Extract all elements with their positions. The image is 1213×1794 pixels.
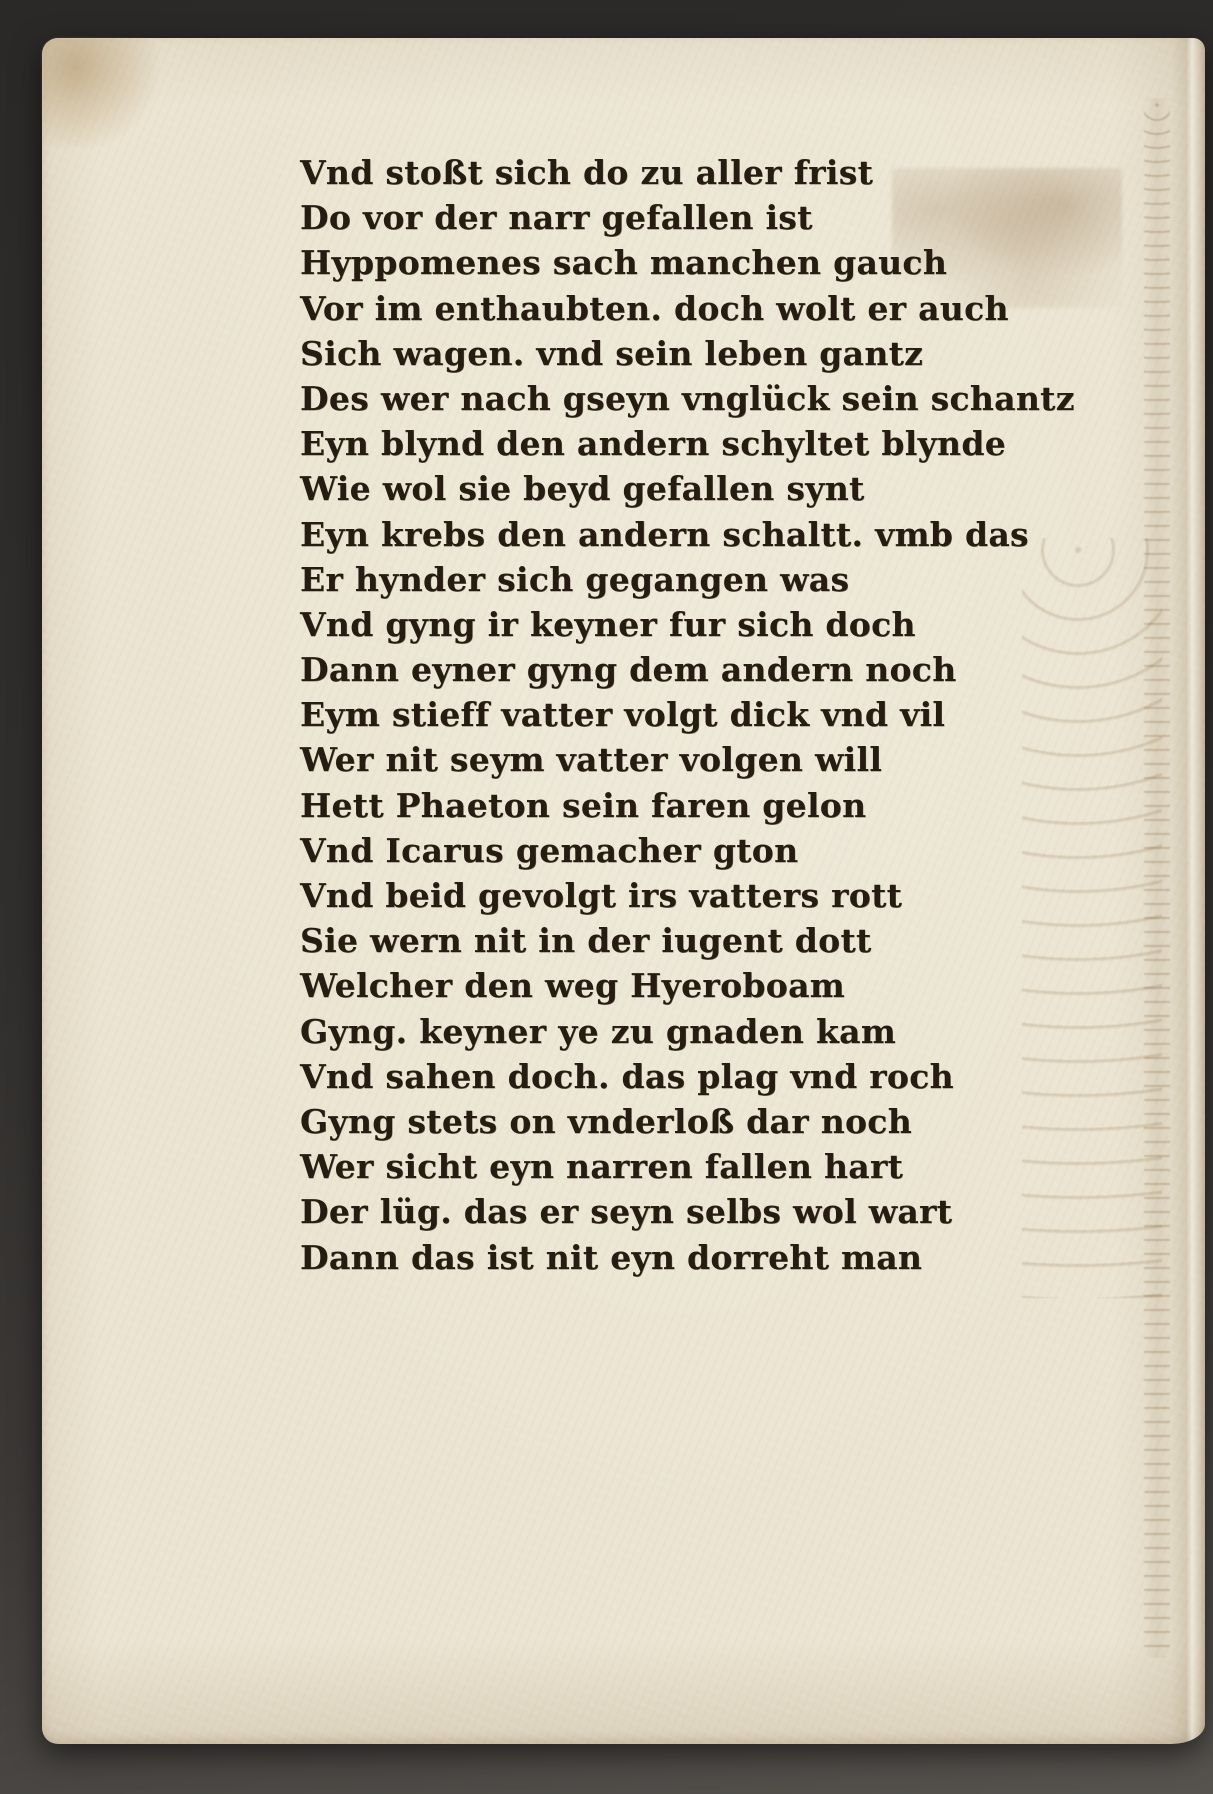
poem-line: Eym stieff vatter volgt dick vnd vil (300, 692, 1080, 737)
poem-line: Wie wol sie beyd gefallen synt (300, 466, 1080, 511)
poem-line: Er hynder sich gegangen was (300, 557, 1080, 602)
fore-edge-shadow (1171, 38, 1205, 1744)
poem-line: Hyppomenes sach manchen gauch (300, 240, 1080, 285)
poem-line: Hett Phaeton sein faren gelon (300, 783, 1080, 828)
poem-line: Eyn blynd den andern schyltet blynde (300, 421, 1080, 466)
poem-line: Gyng stets on vnderloß dar noch (300, 1099, 1080, 1144)
poem-line: Vnd stoßt sich do zu aller frist (300, 150, 1080, 195)
poem-line: Dann das ist nit eyn dorreht man (300, 1235, 1080, 1280)
corner-stain (42, 38, 162, 148)
poem-line: Des wer nach gseyn vnglück sein schantz (300, 376, 1080, 421)
poem-line: Eyn krebs den andern schaltt. vmb das (300, 512, 1080, 557)
poem-line: Vnd beid gevolgt irs vatters rott (300, 873, 1080, 918)
poem-line: Do vor der narr gefallen ist (300, 195, 1080, 240)
poem-text-block: Vnd stoßt sich do zu aller frist Do vor … (300, 150, 1080, 1280)
crease-line (1144, 98, 1170, 1658)
poem-line: Gyng. keyner ye zu gnaden kam (300, 1009, 1080, 1054)
poem-line: Welcher den weg Hyeroboam (300, 963, 1080, 1008)
poem-line: Wer sicht eyn narren fallen hart (300, 1144, 1080, 1189)
poem-line: Dann eyner gyng dem andern noch (300, 647, 1080, 692)
poem-line: Vor im enthaubten. doch wolt er auch (300, 286, 1080, 331)
poem-line: Vnd sahen doch. das plag vnd roch (300, 1054, 1080, 1099)
poem-line: Sie wern nit in der iugent dott (300, 918, 1080, 963)
poem-line: Vnd Icarus gemacher gton (300, 828, 1080, 873)
poem-line: Wer nit seym vatter volgen will (300, 737, 1080, 782)
poem-line: Vnd gyng ir keyner fur sich doch (300, 602, 1080, 647)
poem-line: Sich wagen. vnd sein leben gantz (300, 331, 1080, 376)
poem-line: Der lüg. das er seyn selbs wol wart (300, 1189, 1080, 1234)
scan-background: Vnd stoßt sich do zu aller frist Do vor … (0, 0, 1213, 1794)
